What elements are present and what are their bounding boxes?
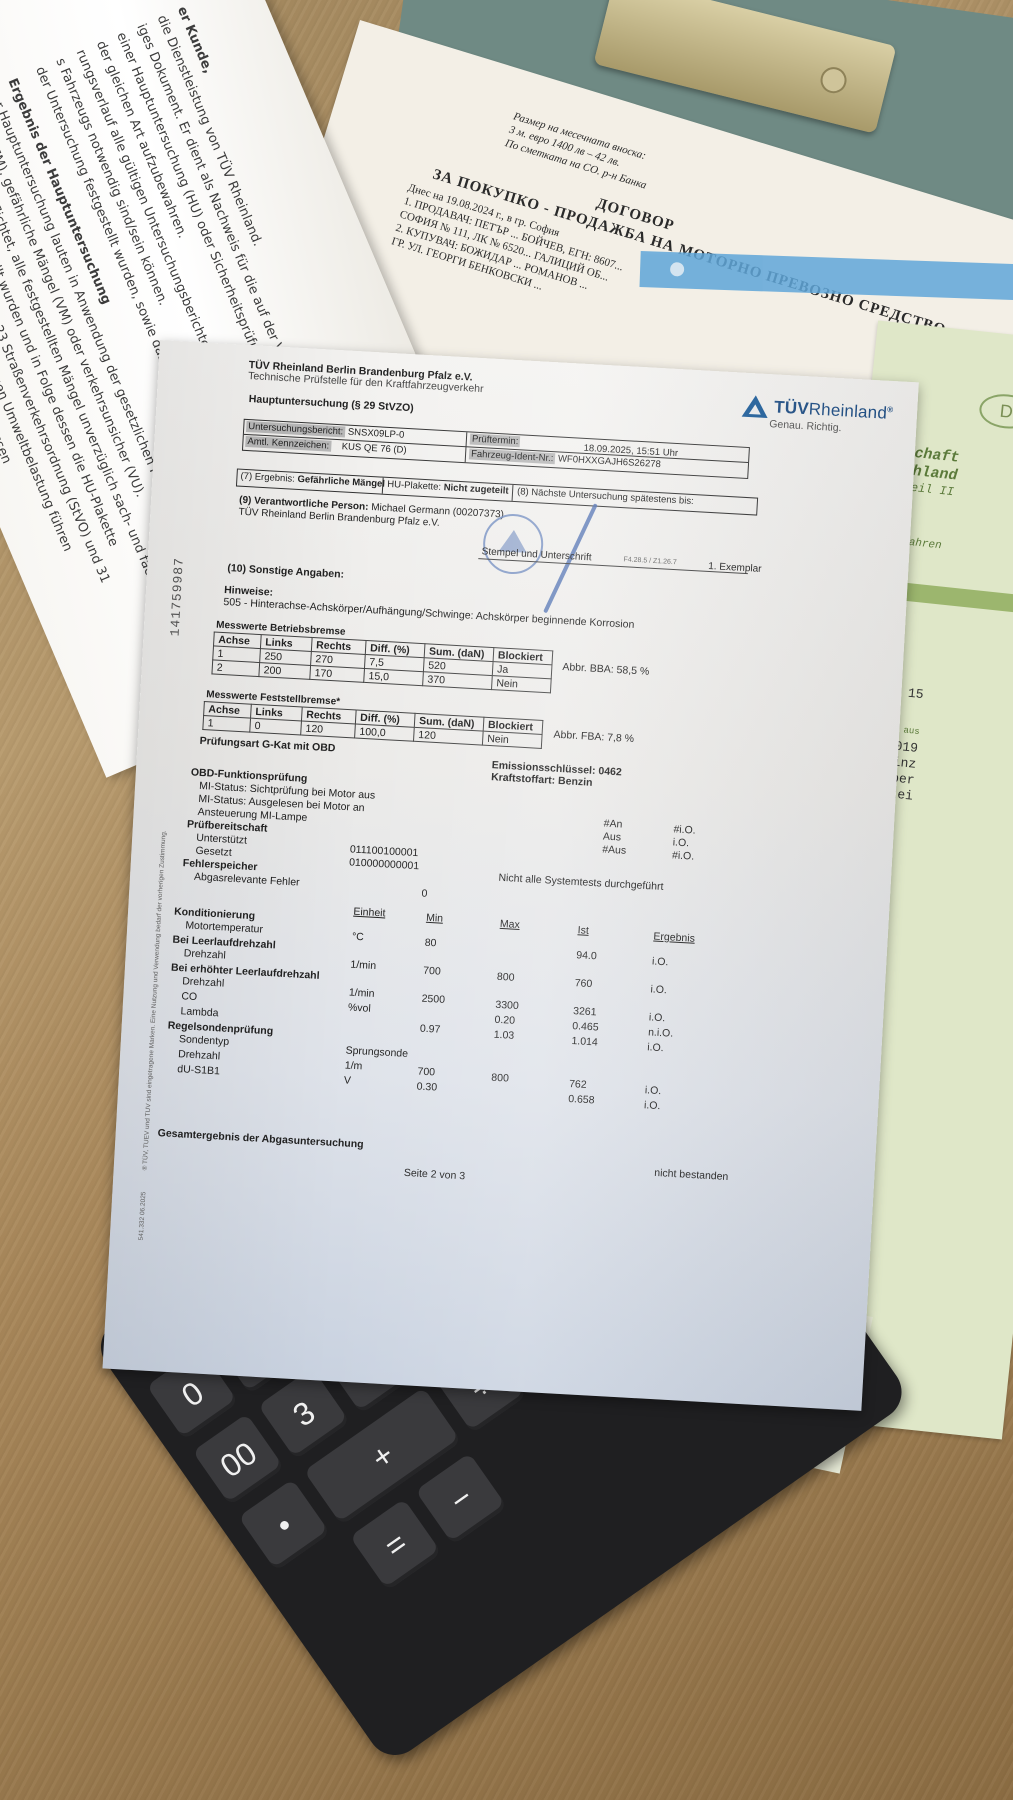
obd-row-result: #i.O.	[673, 823, 696, 836]
logo-brand-rest: Rheinland	[808, 399, 887, 422]
calc-key-00: 00	[192, 1414, 284, 1506]
copy-label: 1. Exemplar	[708, 561, 762, 575]
emissions-max: 800	[491, 1072, 509, 1085]
cell: 0	[250, 718, 302, 735]
emissions-row-label: Drehzahl	[182, 975, 225, 989]
plate-value: KUS QE 76 (D)	[341, 441, 406, 456]
emissions-actual: 94.0	[576, 949, 597, 962]
emissions-max: 0.20	[494, 1014, 515, 1027]
emissions-unit: °C	[352, 931, 364, 944]
emissions-unit: %vol	[348, 1002, 371, 1015]
emissions-result: i.O.	[645, 1084, 662, 1097]
service-brake-table: Achse Links Rechts Diff. (%) Sum. (daN) …	[211, 631, 553, 693]
emissions-result: i.O.	[650, 983, 667, 996]
emissions-max: 800	[497, 971, 515, 984]
country-badge: D	[978, 392, 1013, 431]
official-stamp-icon	[482, 512, 545, 575]
emissions-result: i.O.	[647, 1041, 664, 1054]
obd-row-value: Aus	[603, 831, 622, 844]
emissions-result: n.i.O.	[648, 1026, 674, 1039]
emissions-max: 1.03	[493, 1029, 514, 1042]
emissions-result: i.O.	[652, 955, 669, 968]
cell: 2	[212, 660, 260, 677]
emissions-col-header: Max	[500, 918, 520, 931]
readiness-result: #i.O.	[672, 849, 695, 862]
calc-key-decimal: •	[238, 1479, 330, 1571]
cell: 370	[423, 672, 493, 690]
emissions-row-label: Drehzahl	[183, 947, 226, 961]
side-serial-number: 141759987	[167, 557, 186, 637]
emissions-min: 0.30	[416, 1081, 437, 1094]
cell: Nein	[492, 676, 552, 693]
obd-row-value: #An	[603, 818, 622, 831]
emissions-actual: 3261	[573, 1005, 597, 1018]
emissions-min: 700	[423, 965, 441, 978]
calc-key-equals: =	[350, 1499, 442, 1591]
emissions-col-header: Min	[426, 912, 444, 925]
result-value: Gefährliche Mängel	[297, 474, 385, 490]
cell: 15,0	[364, 668, 424, 685]
inspection-date-label: Prüftermin:	[470, 433, 521, 447]
next-inspection-label: (8) Nächste Untersuchung spätestens bis:	[517, 486, 694, 507]
parking-brake-deceleration: Abbr. FBA: 7,8 %	[553, 729, 634, 745]
test-type: Prüfungsart G-Kat mit OBD	[199, 735, 335, 755]
emissions-col-header: Ist	[577, 924, 589, 937]
emissions-unit: 1/min	[350, 959, 376, 972]
cell: 100,0	[355, 724, 415, 741]
contract-payment-note: Размер на месечната вноска: 3 м. евро 14…	[503, 109, 656, 192]
plakette-label: HU-Plakette:	[387, 479, 441, 493]
readiness-value: #Aus	[602, 843, 627, 856]
report-number-value: SNSX09LP-0	[348, 427, 405, 441]
form-code: F4.28.5 / Z1.26.7	[623, 556, 677, 566]
logo-brand-bold: TÜV	[774, 397, 810, 418]
cell: 120	[413, 727, 483, 745]
emissions-max: 3300	[495, 999, 519, 1012]
emissions-unit: V	[344, 1074, 352, 1086]
emissions-actual: 0.465	[572, 1020, 599, 1033]
report-title: Hauptuntersuchung (§ 29 StVZO)	[249, 393, 415, 414]
emissions-unit: Sprungsonde	[345, 1044, 408, 1059]
set-label: Gesetzt	[195, 845, 232, 859]
cell: 200	[259, 663, 311, 680]
plakette-value: Nicht zugeteilt	[443, 482, 508, 497]
calc-key-minus: −	[415, 1453, 507, 1545]
side-copyright: ® TÜV, TUEV und TUV sind eingetragene Ma…	[142, 830, 168, 1170]
not-all-tests-note: Nicht alle Systemtests durchgeführt	[498, 872, 664, 893]
side-form-number: 541.332 06.2025	[138, 1191, 148, 1240]
emissions-result: i.O.	[644, 1099, 661, 1112]
fault-value: 0	[421, 887, 428, 899]
emissions-min: 80	[424, 937, 436, 950]
cell: Nein	[482, 731, 542, 748]
tuv-inspection-report: TÜV Rheinland Berlin Brandenburg Pfalz e…	[103, 340, 919, 1411]
emissions-row-label: CO	[181, 990, 197, 1003]
registered-mark: ®	[887, 405, 894, 414]
emissions-result: i.O.	[649, 1011, 666, 1024]
emissions-actual: 760	[574, 977, 592, 990]
emissions-unit: 1/m	[344, 1059, 362, 1072]
cell: 120	[301, 721, 356, 738]
emissions-col-header: Einheit	[353, 906, 386, 920]
fault-label: Abgasrelevante Fehler	[194, 871, 300, 889]
emissions-row-label: Drehzahl	[178, 1048, 221, 1062]
other-info-label: (10) Sonstige Angaben:	[227, 562, 344, 581]
cell: 170	[310, 665, 365, 682]
emissions-row-label: Sondentyp	[179, 1033, 230, 1048]
emissions-min: 2500	[421, 993, 445, 1006]
obd-row-result: i.O.	[672, 836, 689, 849]
result-label: (7) Ergebnis:	[240, 471, 295, 485]
report-header-box: Untersuchungsbericht: SNSX09LP-0 Amtl. K…	[242, 419, 750, 479]
set-value: 010000000001	[349, 856, 420, 872]
emissions-actual: 1.014	[571, 1035, 598, 1048]
overall-result-value: nicht bestanden	[654, 1167, 729, 1183]
emissions-actual: 762	[569, 1078, 587, 1091]
emissions-col-header: Ergebnis	[653, 930, 695, 944]
emissions-unit: 1/min	[349, 987, 375, 1000]
tuv-triangle-icon	[742, 395, 769, 418]
service-brake-deceleration: Abbr. BBA: 58,5 %	[562, 661, 650, 678]
emissions-min: 0.97	[420, 1023, 441, 1036]
overall-result-label: Gesamtergebnis der Abgasuntersuchung	[157, 1127, 364, 1150]
emissions-actual: 0.658	[568, 1093, 595, 1106]
emissions-row-label: dU-S1B1	[177, 1063, 220, 1077]
emissions-row-label: Lambda	[180, 1005, 219, 1019]
emissions-min: 700	[417, 1066, 435, 1079]
cell: 1	[203, 716, 251, 733]
page-number: Seite 2 von 3	[404, 1167, 466, 1182]
